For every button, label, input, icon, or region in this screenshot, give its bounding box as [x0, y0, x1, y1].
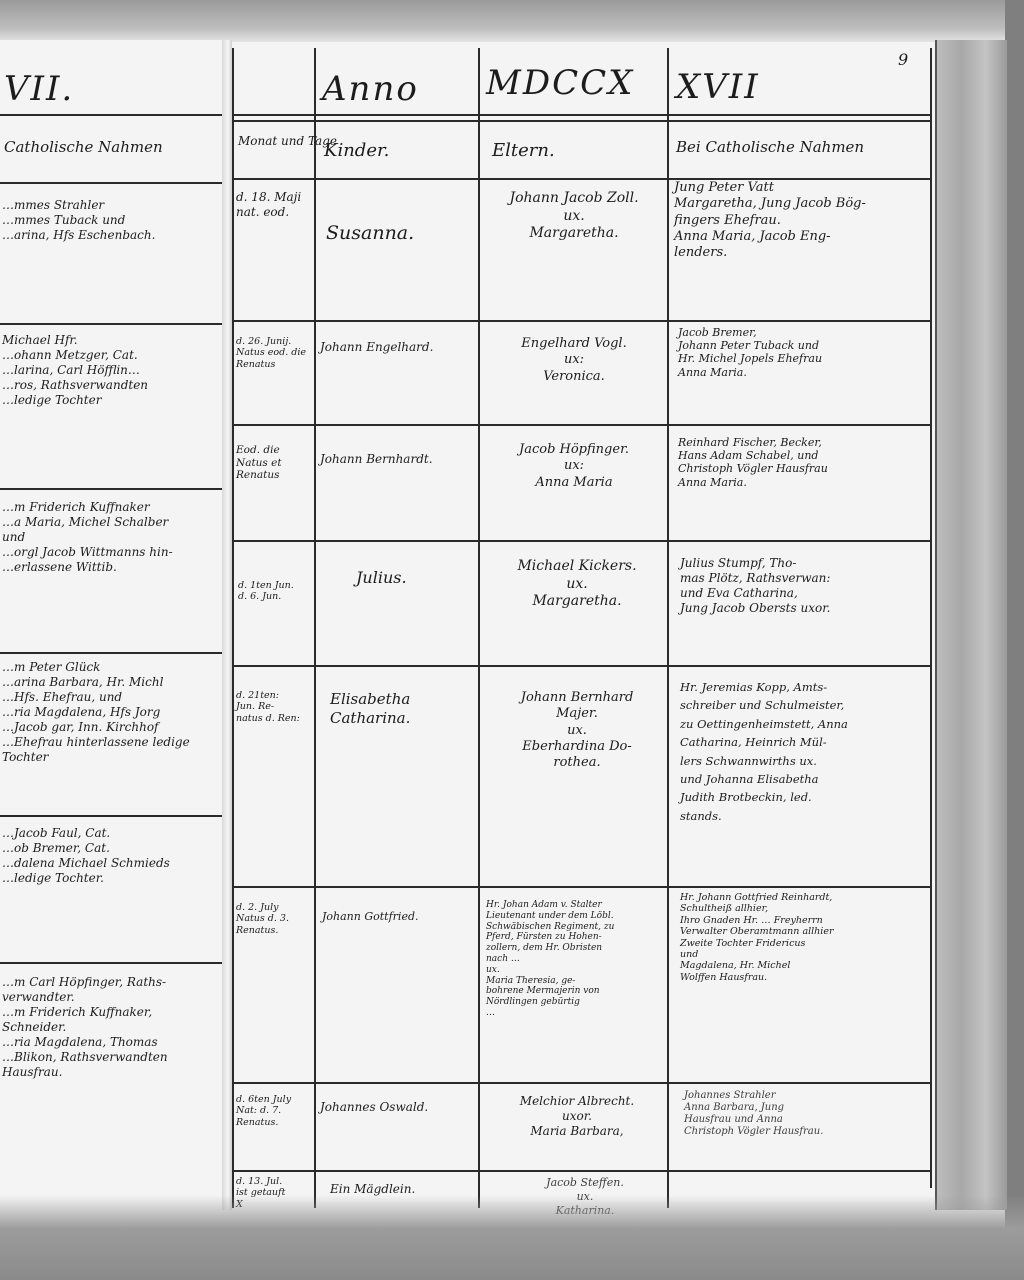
header-child: Kinder.: [324, 140, 389, 163]
left-entry-4: …m Peter Glück …arina Barbara, Hr. Michl…: [2, 660, 226, 765]
entry-3-godparents: Reinhard Fischer, Becker, Hans Adam Scha…: [678, 436, 928, 489]
page-edge-shadow: [935, 40, 1007, 1210]
entry-6-parents: Hr. Johan Adam v. Stalter Lieutenant und…: [486, 900, 670, 1019]
entry-5-date: d. 21ten: Jun. Re- natus d. Ren:: [236, 690, 312, 724]
header-godparents: Bei Catholische Nahmen: [676, 138, 864, 157]
entry-5-child: Elisabetha Catharina.: [330, 690, 480, 728]
entry-7-parents: Melchior Albrecht. uxor. Maria Barbara,: [484, 1094, 670, 1139]
rule: [0, 182, 226, 184]
rule: [232, 424, 932, 426]
entry-3-parents: Jacob Höpfinger. ux: Anna Maria: [484, 442, 664, 491]
rule: [232, 540, 932, 542]
year-roman-part1: MDCCX: [486, 62, 634, 105]
rule: [0, 962, 226, 964]
column-rule: [478, 48, 480, 1208]
rule: [0, 488, 226, 490]
column-rule: [232, 48, 234, 1208]
left-entry-2: Michael Hfr. …ohann Metzger, Cat. …larin…: [2, 333, 222, 408]
entry-1-date: d. 18. Maji nat. eod.: [236, 190, 312, 220]
rule: [232, 1082, 932, 1084]
year-roman-part2: XVII: [676, 66, 760, 109]
rule: [232, 114, 932, 116]
entry-1-parents: Johann Jacob Zoll. ux. Margaretha.: [484, 190, 664, 243]
entry-6-date: d. 2. July Natus d. 3. Renatus.: [236, 902, 312, 936]
rule: [0, 114, 226, 116]
entry-7-child: Johannes Oswald.: [320, 1100, 476, 1115]
left-entry-3: …m Friderich Kuffnaker …a Maria, Michel …: [2, 500, 222, 575]
rule: [232, 1170, 932, 1172]
entry-5-godparents: Hr. Jeremias Kopp, Amts- schreiber und S…: [680, 678, 930, 825]
scan-bottom-shadow: [0, 1195, 1024, 1280]
entry-6-child: Johann Gottfried.: [322, 910, 478, 924]
entry-2-child: Johann Engelhard.: [320, 340, 476, 355]
rule: [232, 886, 932, 888]
entry-7-godparents: Johannes Strahler Anna Barbara, Jung Hau…: [684, 1090, 928, 1138]
rule: [232, 320, 932, 322]
entry-4-child: Julius.: [356, 568, 407, 588]
entry-4-godparents: Julius Stumpf, Tho- mas Plötz, Rathsverw…: [680, 556, 928, 616]
entry-2-date: d. 26. Junij. Natus eod. die Renatus: [236, 336, 312, 370]
left-page-year-fragment: VII.: [4, 68, 74, 111]
header-parents: Eltern.: [492, 140, 555, 163]
rule: [232, 665, 932, 667]
scanner-border: [1005, 0, 1024, 1280]
left-entry-1: …mmes Strahler …mmes Tuback und …arina, …: [2, 198, 222, 243]
entry-4-date: d. 1ten Jun. d. 6. Jun.: [238, 580, 314, 603]
entry-4-parents: Michael Kickers. ux. Margaretha.: [484, 558, 670, 611]
entry-3-date: Eod. die Natus et Renatus: [236, 444, 312, 482]
entry-7-date: d. 6ten July Nat: d. 7. Renatus.: [236, 1094, 312, 1128]
anno-label: Anno: [322, 68, 419, 111]
column-rule: [930, 48, 932, 1188]
entry-2-godparents: Jacob Bremer, Johann Peter Tuback und Hr…: [678, 326, 928, 379]
book-gutter: [222, 40, 232, 1210]
page-number: 9: [898, 50, 908, 70]
entry-1-godparents: Jung Peter Vatt Margaretha, Jung Jacob B…: [674, 180, 928, 261]
left-column-header: Catholische Nahmen: [4, 138, 163, 157]
rule: [0, 652, 226, 654]
header-date: Monat und Tage: [238, 134, 337, 149]
entry-1-child: Susanna.: [326, 222, 414, 246]
entry-5-parents: Johann Bernhard Majer. ux. Eberhardina D…: [484, 690, 670, 771]
entry-6-godparents: Hr. Johann Gottfried Reinhardt, Schulthe…: [680, 892, 930, 983]
left-entry-6: …m Carl Höpfinger, Raths- verwandter. …m…: [2, 975, 224, 1080]
column-rule: [314, 48, 316, 1208]
rule: [0, 323, 226, 325]
entry-2-parents: Engelhard Vogl. ux: Veronica.: [484, 336, 664, 385]
entry-3-child: Johann Bernhardt.: [320, 452, 476, 467]
rule: [0, 815, 226, 817]
column-rule: [667, 48, 669, 1208]
left-entry-5: …Jacob Faul, Cat. …ob Bremer, Cat. …dale…: [2, 826, 222, 886]
rule: [232, 120, 932, 122]
